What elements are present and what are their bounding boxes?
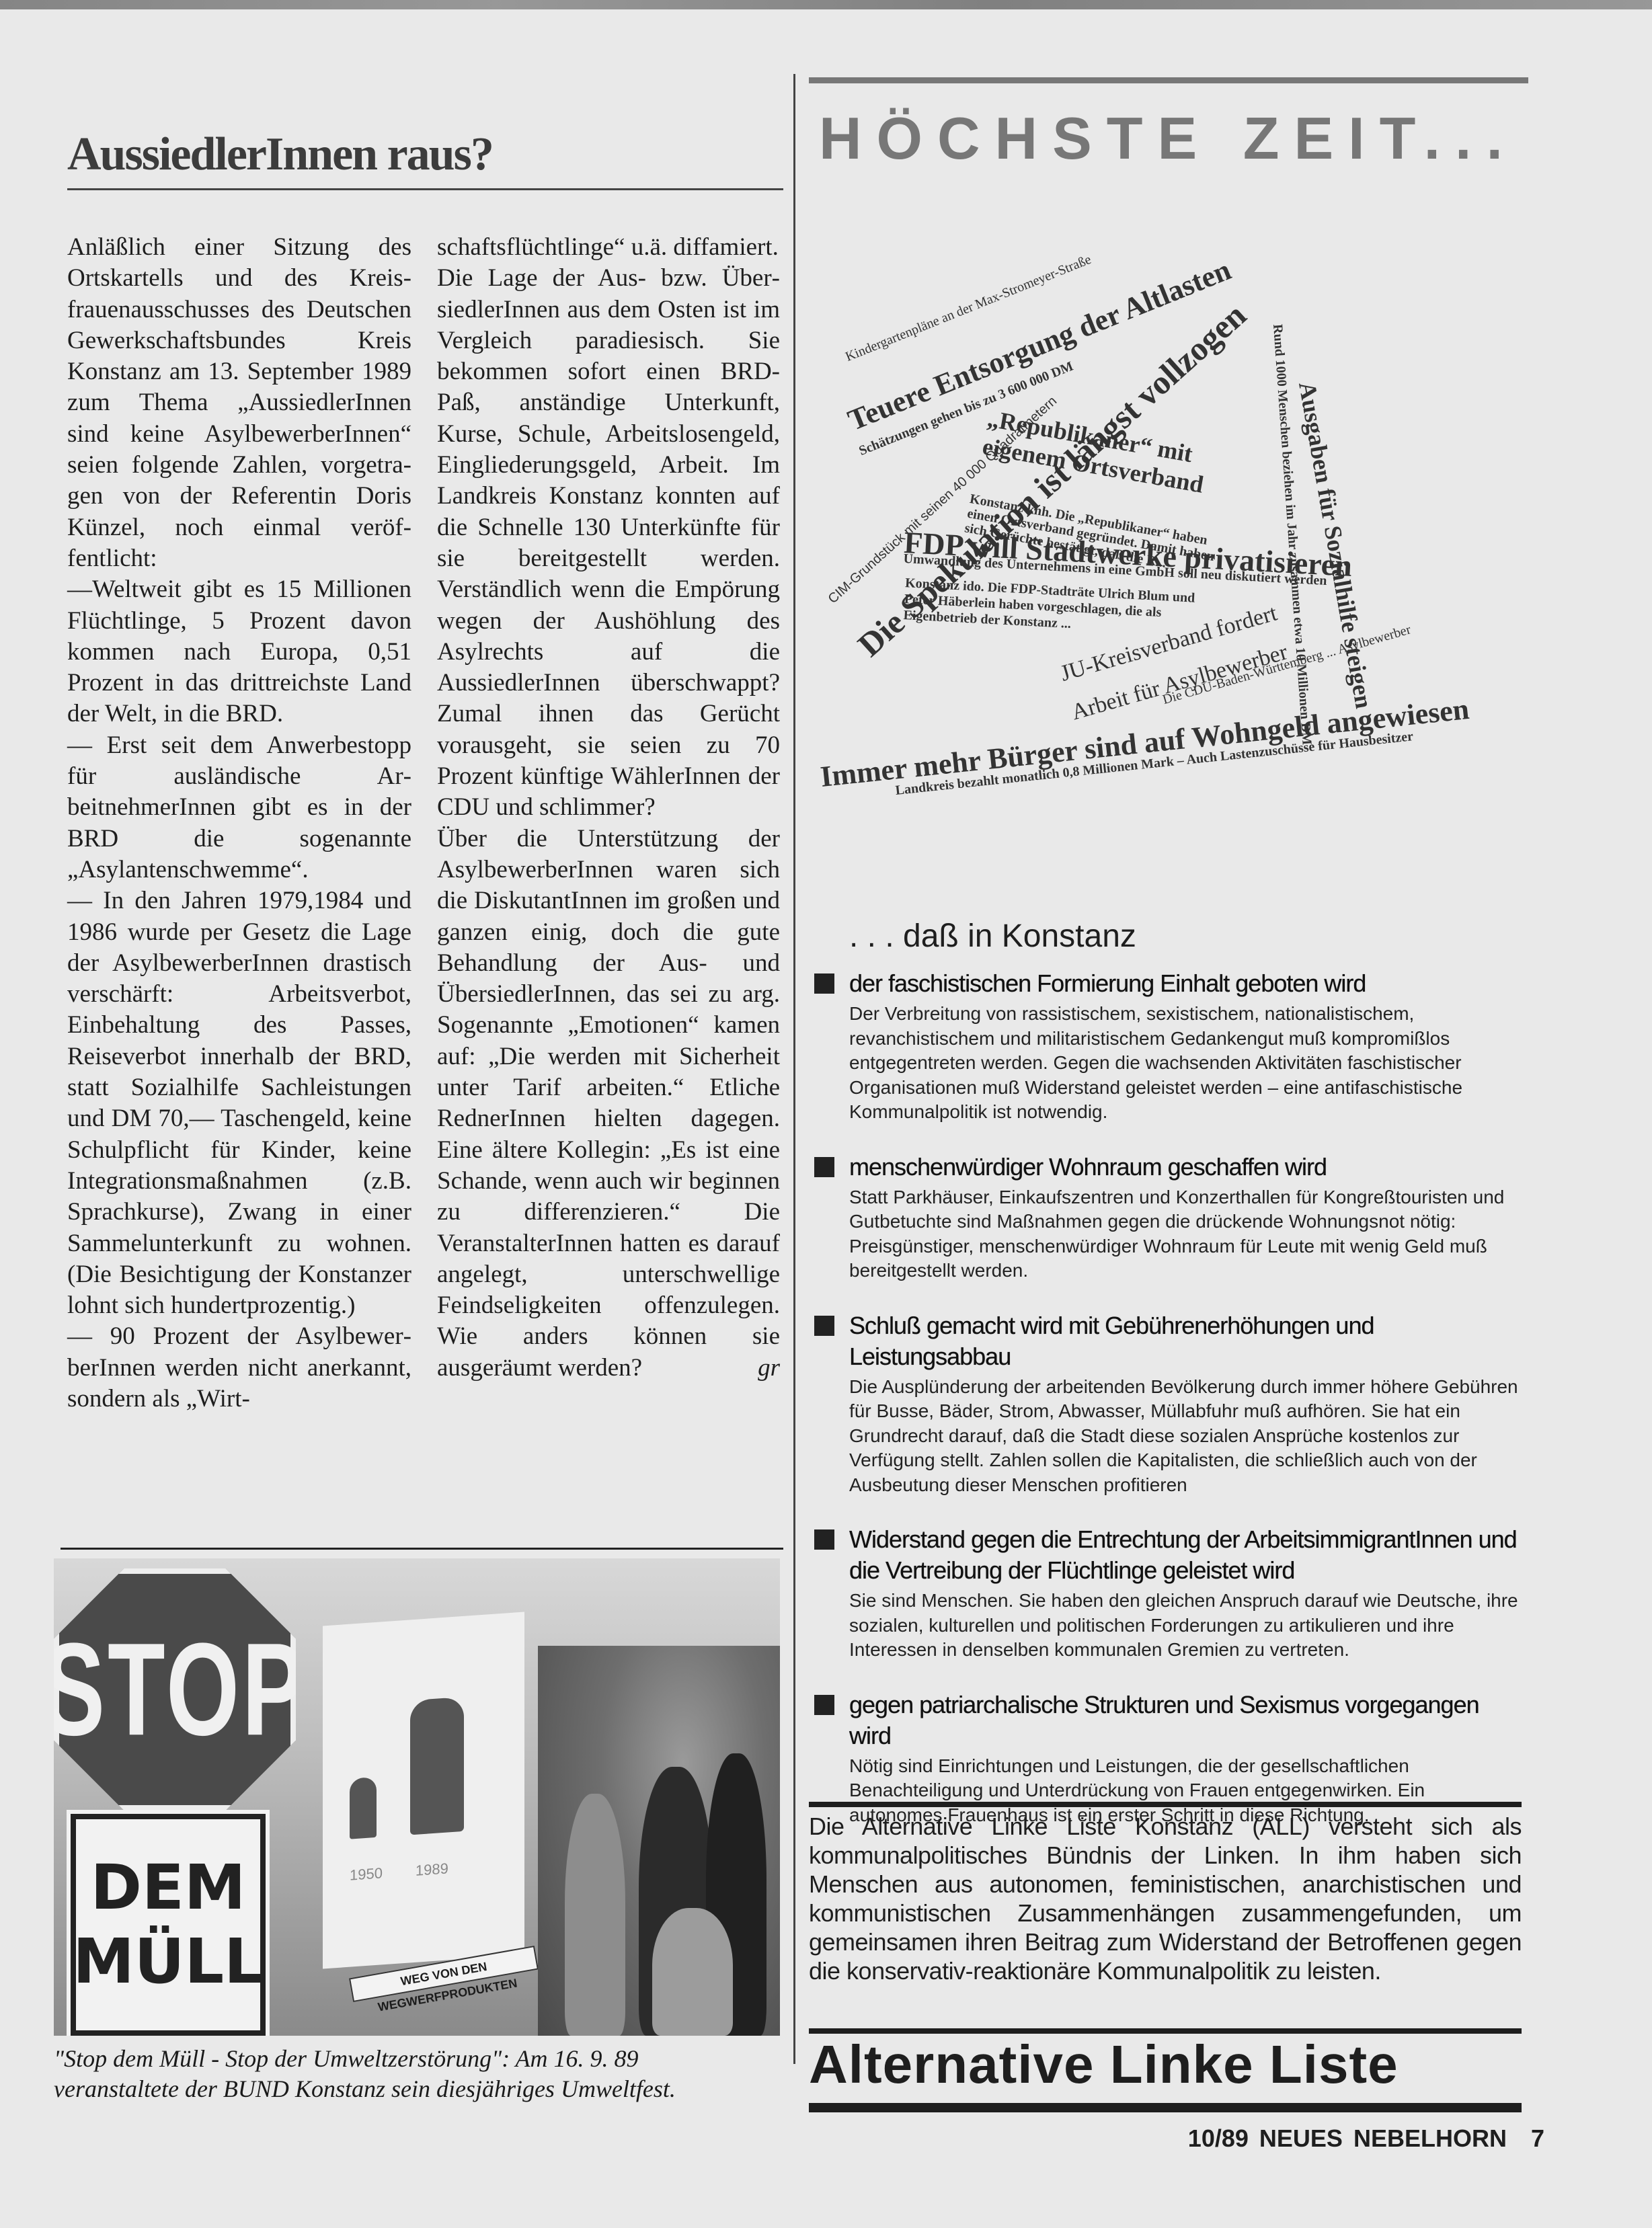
demand-item: der faschistischen Formierung Einhalt ge… [809,968,1522,1125]
issue-number: 10/89 [1188,2124,1249,2152]
top-rule [809,77,1528,83]
article-paragraph: — Erst seit dem Anwerbe­stopp für auslän… [67,730,411,885]
divider [809,2028,1522,2034]
divider [809,1802,1522,1807]
umweltfest-photo: STOP DEM MÜLL 1950 1989 WEG VON DEN WEGW… [54,1558,780,2036]
all-advertisement: HÖCHSTE ZEIT... Kindergartenpläne an der… [793,74,1526,2064]
article-title: AussiedlerInnen raus? [67,128,493,182]
demand-item: menschenwürdiger Wohnraum geschaffen wir… [809,1152,1522,1283]
article-column-1: Anläßlich einer Sitzung des Ortskartells… [67,232,411,1415]
stop-sign: STOP [54,1568,296,1811]
square-bullet-icon [814,1157,834,1177]
article-paragraph: Die Lage der Aus- bzw. Über­siedlerInnen… [437,263,780,823]
article-paragraph: Anläßlich einer Sitzung des Ortskartells… [67,232,411,574]
subheading: . . . daß in Konstanz [849,918,1136,955]
demand-item: Widerstand gegen die Entrechtung der Arb… [809,1524,1522,1663]
square-bullet-icon [814,1695,834,1715]
page-top-edge [0,0,1652,9]
article-paragraph: —Weltweit gibt es 15 Millio­nen Flüchtli… [67,574,411,729]
demands-list: der faschistischen Formierung Einhalt ge… [809,968,1522,1854]
trash-bin-poster: 1950 1989 [323,1612,524,1969]
article-paragraph: Über die Unterstützung der AsylbewerberI… [437,824,780,1384]
square-bullet-icon [814,1529,834,1550]
photo-caption: "Stop dem Müll - Stop der Umweltzerstöru… [54,2044,787,2104]
article-paragraph: — In den Jahren 1979,1984 und 1986 wurde… [67,885,411,1321]
publication-name: NEUES NEBELHORN [1259,2124,1507,2152]
trash-bin-icon [410,1697,464,1835]
article-bottom-rule [61,1548,783,1550]
trash-bin-icon [350,1777,377,1839]
page-number: 7 [1531,2124,1544,2152]
article-paragraph: schaftsflüchtlinge“ u.ä. diffa­miert. [437,232,780,263]
square-bullet-icon [814,1316,834,1336]
divider [809,2103,1522,2112]
title-rule [67,188,783,190]
square-bullet-icon [814,973,834,994]
crowd [538,1646,780,2036]
dem-muell-sign: DEM MÜLL [71,1814,266,2036]
newspaper-clippings-collage: Kindergartenpläne an der Max-Stromeyer-S… [809,182,1528,854]
all-logo: Alternative Linke Liste [809,2034,1522,2096]
page-footer: 10/89 NEUES NEBELHORN 7 [1188,2124,1544,2153]
all-description: Die Alternative Linke Liste Konstanz (AL… [809,1812,1522,1985]
article-column-2: schaftsflüchtlinge“ u.ä. diffa­miert. Di… [437,232,780,1384]
demand-item: Schluß gemacht wird mit Gebührenerhöhung… [809,1310,1522,1498]
article-paragraph: — 90 Prozent der Asylbewer­berInnen werd… [67,1321,411,1415]
ad-headline: HÖCHSTE ZEIT... [819,104,1518,173]
